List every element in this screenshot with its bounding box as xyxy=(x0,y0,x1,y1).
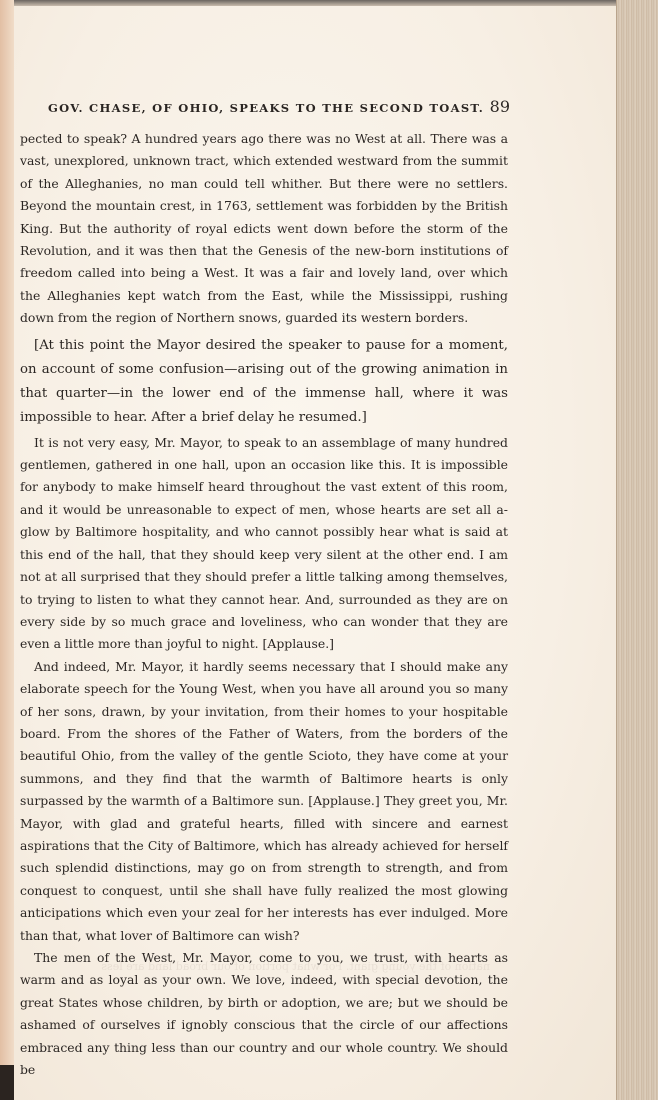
book-gutter xyxy=(0,0,14,1100)
scan-background-corner xyxy=(0,1065,14,1100)
paragraph-continuation: pected to speak? A hundred years ago the… xyxy=(20,128,508,330)
paragraph: It is not very easy, Mr. Mayor, to speak… xyxy=(20,432,508,656)
running-head-title: GOV. CHASE, OF OHIO, SPEAKS TO THE SECON… xyxy=(20,101,484,115)
bleed-through-text: nation of the young giant. For what port… xyxy=(60,960,490,973)
running-head: GOV. CHASE, OF OHIO, SPEAKS TO THE SECON… xyxy=(20,97,510,116)
paragraph: And indeed, Mr. Mayor, it hardly seems n… xyxy=(20,656,508,947)
page-number: 89 xyxy=(490,97,510,116)
page-edges xyxy=(616,0,658,1100)
body-text: pected to speak? A hundred years ago the… xyxy=(20,128,508,1081)
paragraph-editorial-note: [At this point the Mayor desired the spe… xyxy=(20,334,508,430)
